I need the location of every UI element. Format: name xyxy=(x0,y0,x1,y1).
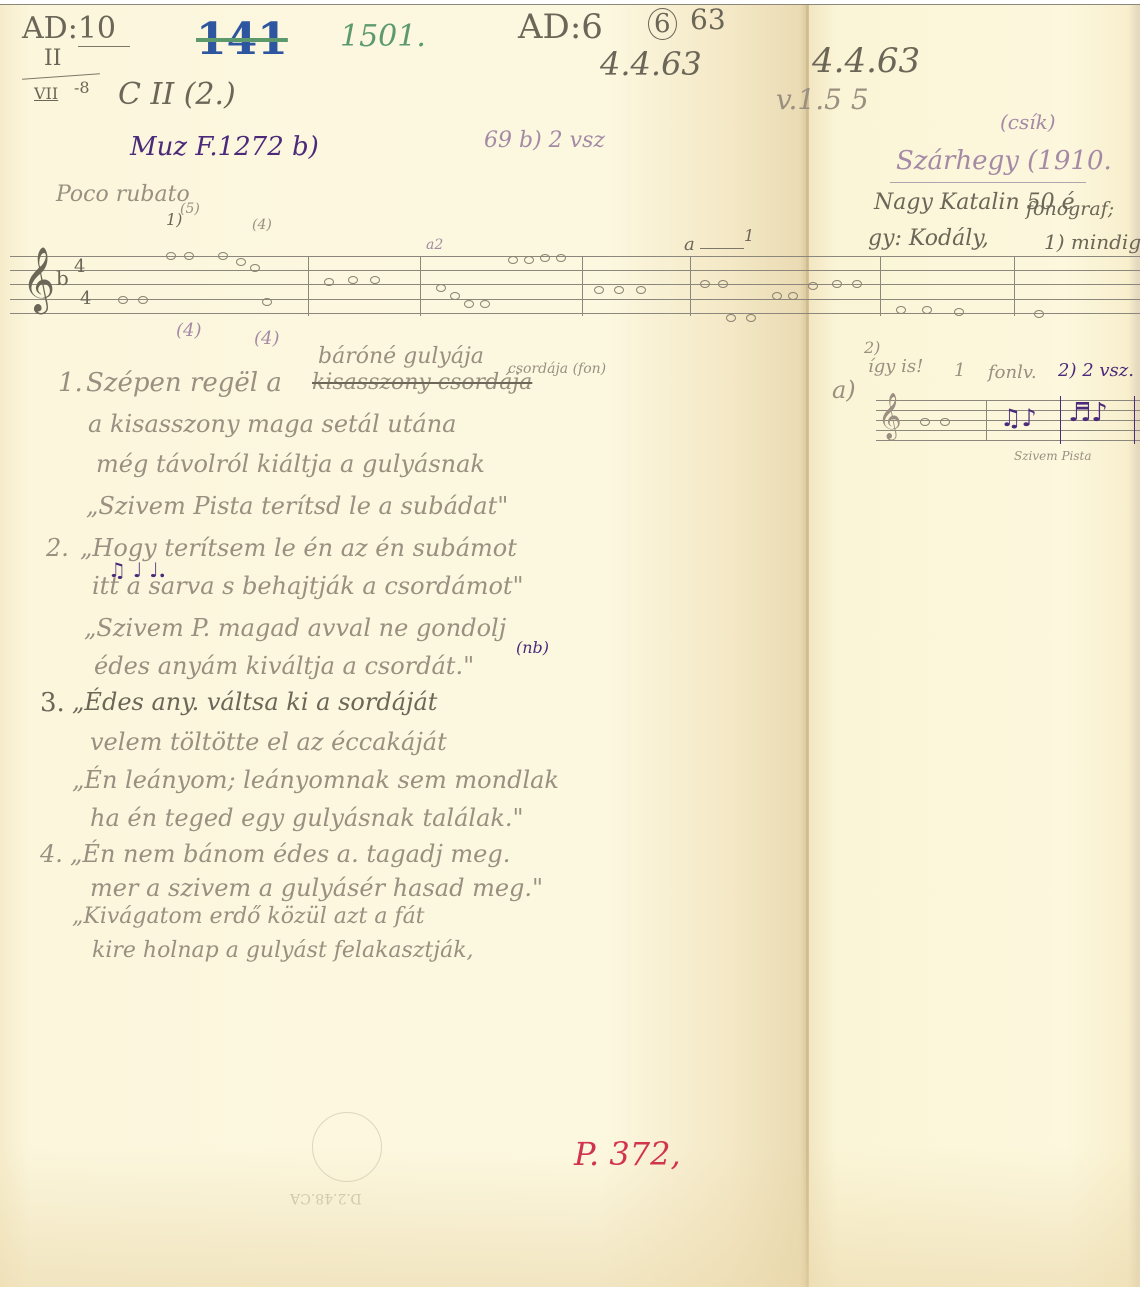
verse-4-line-3: „Kivágatom erdő közül azt a fát xyxy=(72,906,425,928)
annotation-a2: a2 xyxy=(426,238,443,252)
ad-fraction-top: AD:10 xyxy=(22,14,116,44)
note xyxy=(636,286,646,294)
key-flat: b xyxy=(56,268,69,288)
place-note: (csík) xyxy=(1000,112,1056,132)
annotation-line xyxy=(700,248,744,249)
note xyxy=(954,308,964,316)
note xyxy=(450,292,460,300)
verse-1-line-3: még távolról kiáltja a gulyásnak xyxy=(96,452,485,476)
note xyxy=(508,256,518,264)
note xyxy=(700,280,710,288)
alt-treble-clef-icon: 𝄞 xyxy=(878,396,902,436)
verse-4-line-4: kire holnap a gulyást felakasztják, xyxy=(92,940,474,962)
alt-note: így is! xyxy=(868,358,923,376)
verse-1-line-1: Szépen regël a xyxy=(86,370,282,396)
treble-clef-icon: 𝄞 xyxy=(22,252,55,308)
purple-eighth-notes-icon: ♫♪ xyxy=(1000,406,1037,430)
ad-circled-number: 6 xyxy=(648,8,677,40)
annotation-2: 2) xyxy=(864,340,880,356)
two-verse-note: 2) 2 vsz. xyxy=(1058,362,1134,380)
note xyxy=(556,254,566,262)
verse-number-1: 1. xyxy=(58,370,83,396)
date-right: 4.4.63 xyxy=(812,44,920,78)
ad-suffix: 63 xyxy=(690,6,726,34)
note xyxy=(726,314,736,322)
class-code: C II (2.) xyxy=(118,80,236,110)
verse-2-line-3: „Szivem P. magad avval ne gondolj xyxy=(84,616,506,640)
verse-number-3: 3. xyxy=(40,690,65,716)
time-signature-top: 4 xyxy=(74,258,85,276)
note xyxy=(250,264,260,272)
note xyxy=(808,282,818,290)
note xyxy=(480,300,490,308)
date-left: 4.4.63 xyxy=(600,48,702,80)
verse-4-line-1: „Én nem bánom édes a. tagadj meg. xyxy=(70,842,510,866)
purple-sixteenth-notes-icon: ♬♪ xyxy=(1068,400,1108,426)
alt-label: a) xyxy=(832,378,856,402)
verse-2-line-1: „Hogy terítsem le én az én subámot xyxy=(80,536,517,560)
method: fonograf; xyxy=(1026,200,1114,219)
fold-line xyxy=(806,5,809,1287)
struck-text: kisasszony csordája xyxy=(312,372,532,394)
barline xyxy=(582,256,583,316)
note xyxy=(718,280,728,288)
alt-barline xyxy=(1134,396,1135,444)
note xyxy=(1034,310,1044,318)
note xyxy=(218,252,228,260)
verse-3-line-1: „Édes any. váltsa ki a sordáját xyxy=(72,690,437,714)
verse-number-2: 2. xyxy=(46,536,69,560)
place-name: Szárhegy (1910. xyxy=(896,148,1112,174)
note xyxy=(832,280,842,288)
note xyxy=(772,292,782,300)
footnote-mindig: 1) mindig xyxy=(1044,232,1141,252)
underline xyxy=(78,46,130,47)
verse-4-line-2: mer a szivem a gulyásér hasad meg." xyxy=(90,876,543,900)
note xyxy=(594,286,604,294)
verse-1-line-2: a kisasszony maga setál utána xyxy=(88,412,456,436)
barline xyxy=(690,256,691,316)
note xyxy=(940,418,950,426)
place-underline xyxy=(890,182,1086,183)
verse-2-line-2: itt a sarva s behajtják a csordámot" xyxy=(92,574,524,598)
alt-barline xyxy=(1060,396,1061,444)
note xyxy=(348,276,358,284)
barline xyxy=(420,256,421,316)
verse-1-line-4: „Szivem Pista terítsd le a subádat" xyxy=(86,494,508,518)
verse-2-line-4: édes anyám kiváltja a csordát." xyxy=(94,654,474,678)
green-catalog-number: 1501. xyxy=(340,22,426,52)
verse-3-line-2: velem töltötte el az éccakáját xyxy=(90,730,447,754)
annotation-4-lower-2: (4) xyxy=(254,330,280,348)
note xyxy=(746,314,756,322)
note xyxy=(922,306,932,314)
crossed-number: 141 xyxy=(196,18,288,62)
annotation-4-lower: (4) xyxy=(176,322,202,340)
red-reference: P. 372, xyxy=(574,1138,681,1170)
annotation-1: 1 xyxy=(744,228,754,244)
note xyxy=(540,254,550,262)
collector: gy: Kodály, xyxy=(868,228,989,250)
verse-number-4: 4. xyxy=(40,842,63,866)
annotation-a: a xyxy=(684,236,695,254)
music-staff xyxy=(10,256,1140,316)
note xyxy=(370,276,380,284)
note xyxy=(436,284,446,292)
tempo-marking: Poco rubato xyxy=(56,184,190,206)
note xyxy=(896,306,906,314)
paper-stain xyxy=(0,1147,1140,1287)
annotation-4: (4) xyxy=(252,218,272,232)
minus-eight: -8 xyxy=(74,80,90,96)
alt-barline xyxy=(986,400,987,440)
note xyxy=(166,252,176,260)
note xyxy=(852,280,862,288)
note xyxy=(614,286,624,294)
barline xyxy=(880,256,881,316)
muz-reference: Muz F.1272 b) xyxy=(130,134,319,160)
verse-3-line-4: ha én teged egy gulyásnak találak." xyxy=(90,806,524,830)
note xyxy=(138,296,148,304)
lyric-correction: báróné gulyája xyxy=(318,346,484,368)
vol-note: v.1.5 5 xyxy=(776,86,869,114)
voice-note: 69 b) 2 vsz xyxy=(484,130,605,152)
verse-3-line-3: „Én leányom; leányomnak sem mondlak xyxy=(72,768,559,792)
note xyxy=(464,300,474,308)
note xyxy=(184,252,194,260)
note xyxy=(262,298,272,306)
barline xyxy=(308,256,309,316)
note-insert: (nb) xyxy=(516,640,549,656)
note xyxy=(118,296,128,304)
note xyxy=(324,278,334,286)
fonov-note: fonlv. xyxy=(988,364,1037,382)
note xyxy=(788,292,798,300)
lyric-under-staff: Szivem Pista xyxy=(1014,450,1092,462)
stamp-text: D.2.48.CA xyxy=(290,1190,362,1206)
annotation-5: (5) xyxy=(180,202,200,216)
library-stamp-icon xyxy=(312,1112,382,1182)
time-signature-bottom: 4 xyxy=(80,290,91,308)
barline xyxy=(1014,256,1015,316)
note xyxy=(524,256,534,264)
alt-num: 1 xyxy=(954,362,965,380)
ad-fraction-bottom: VII xyxy=(34,86,58,102)
ad-fraction-mid: II xyxy=(44,48,61,70)
ad-code: AD:6 xyxy=(518,10,603,44)
note xyxy=(236,258,246,266)
note xyxy=(920,418,930,426)
